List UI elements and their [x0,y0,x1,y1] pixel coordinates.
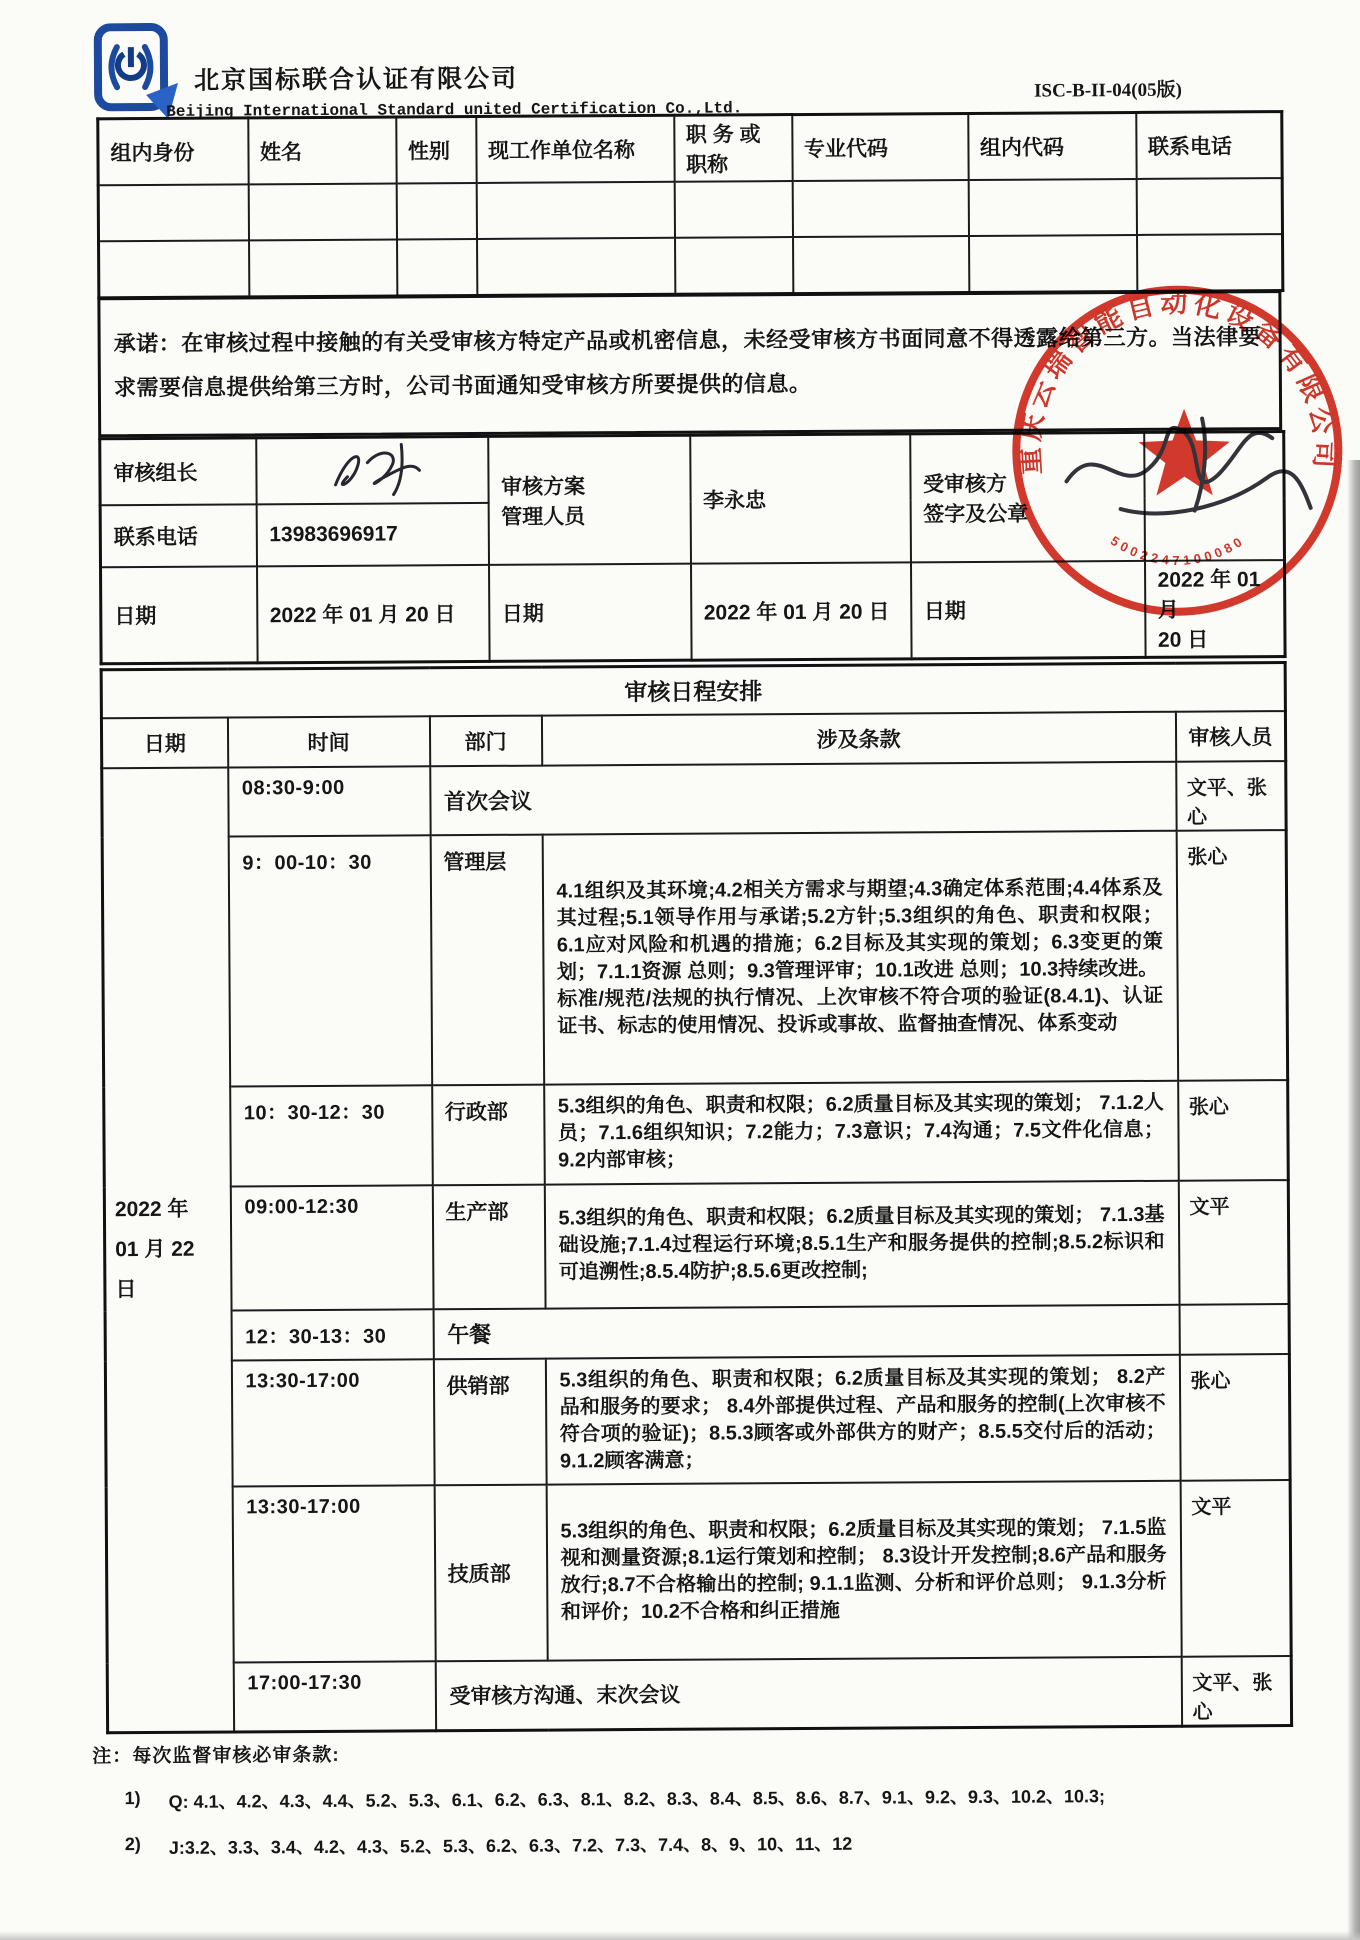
schedule-row: 13:30-17:00 供销部 5.3组织的角色、职责和权限；6.2质量目标及其… [105,1354,1290,1487]
empty-cell [968,179,1136,236]
note-text: Q: 4.1、4.2、4.3、4.4、5.2、5.3、6.1、6.2、6.3、8… [168,1782,1105,1814]
time-cell: 12：30-13：30 [231,1309,433,1360]
seal-serial-text: 5002247100080 [1108,532,1248,568]
note-text: J:3.2、3.3、3.4、4.2、4.3、5.2、5.3、6.2、6.3、7.… [169,1830,853,1860]
empty-cell [675,237,793,294]
header-cell: 组内代码 [968,112,1136,180]
date-value: 2022 年 01 月 20 日 [257,565,490,663]
dept-cell: 技质部 [434,1484,547,1661]
clauses-cell: 5.3组织的角色、职责和权限；6.2质量目标及其实现的策划； 7.1.3基础设施… [544,1180,1179,1308]
note-number: 1) [124,1788,168,1814]
schedule-row: 12：30-13：30 午餐 [105,1304,1289,1361]
header-cell: 时间 [227,716,429,767]
empty-cell [477,238,675,295]
company-seal: 重庆云瑞智能自动化设备有限公司 5002247100080 [1001,268,1355,634]
dept-cell: 首次会议 [430,761,1176,835]
schedule-row: 2022 年 01 月 22 日 08:30-9:00 首次会议 文平、张心 [102,761,1286,837]
clauses-text: 标准/规范/法规的执行情况、上次审核不符合项的验证(8.4.1)、认证证书、标志… [557,982,1163,1040]
manager-name: 李永忠 [690,434,911,564]
clauses-cell: 5.3组织的角色、职责和权限；6.2质量目标及其实现的策划； 7.1.2人员；7… [544,1080,1179,1184]
auditors-cell: 文平、张心 [1181,1656,1291,1726]
schedule-title: 审核日程安排 [101,663,1285,718]
schedule-row: 9：00-10：30 管理层 4.1组织及其环境;4.2相关方需求与期望;4.3… [102,830,1288,1087]
time-cell: 17:00-17:30 [233,1661,435,1732]
notes-prefix: 注： [92,1746,132,1767]
scan-edge-artifact [1347,460,1360,1940]
clauses-cell: 5.3组织的角色、职责和权限；6.2质量目标及其实现的策划； 7.1.5监视和测… [546,1480,1181,1660]
leader-label: 审核组长 [100,438,256,505]
leader-signature-cell [256,436,488,504]
phone-value: 13983696917 [256,503,488,566]
auditors-cell: 张心 [1178,1080,1289,1181]
note-number: 2) [125,1834,169,1860]
header-cell: 专业代码 [792,113,968,181]
header-cell: 审核人员 [1175,711,1285,762]
auditors-cell: 张心 [1176,830,1288,1081]
clauses-cell: 4.1组织及其环境;4.2相关方需求与期望;4.3确定体系范围;4.4体系及其过… [542,830,1178,1084]
header-cell: 职 务 或 职称 [674,115,792,182]
handwritten-signature-icon [297,438,447,497]
phone-label: 联系电话 [100,504,256,567]
time-cell: 08:30-9:00 [228,766,430,836]
schedule-date-cell: 2022 年 01 月 22 日 [102,767,234,1732]
auditors-cell [1179,1304,1289,1355]
schedule-row: 17:00-17:30 受审核方沟通、末次会议 文平、张心 [107,1656,1291,1733]
date-label: 日期 [101,566,258,663]
company-name-cn: 北京国标联合认证有限公司 [194,59,518,97]
empty-cell [792,180,968,237]
header-cell: 组内身份 [98,118,248,185]
scanned-audit-plan-document: 北京国标联合认证有限公司 Beijing International Stand… [0,0,1360,1940]
clauses-text: 4.1组织及其环境;4.2相关方需求与期望;4.3确定体系范围;4.4体系及其过… [556,874,1163,986]
dept-cell: 管理层 [430,834,544,1085]
empty-cell [397,239,477,295]
auditors-cell: 文平 [1178,1180,1289,1305]
header-cell: 涉及条款 [541,711,1175,765]
seal-star-icon [1138,408,1230,495]
note-item: 1) Q: 4.1、4.2、4.3、4.4、5.2、5.3、6.1、6.2、6.… [92,1781,1322,1815]
members-header-row: 组内身份 姓名 性别 现工作单位名称 职 务 或 职称 专业代码 组内代码 联系… [98,112,1282,186]
empty-cell [674,181,792,238]
dept-cell: 受审核方沟通、末次会议 [435,1656,1181,1730]
empty-cell [396,183,476,239]
header-cell: 部门 [429,715,541,766]
auditors-cell: 文平、张心 [1176,761,1286,831]
schedule-row: 13:30-17:00 技质部 5.3组织的角色、职责和权限；6.2质量目标及其… [106,1480,1291,1663]
time-cell: 10：30-12：30 [230,1085,433,1186]
empty-cell [248,183,396,240]
time-cell: 13:30-17:00 [232,1485,435,1662]
empty-cell [1136,178,1282,235]
empty-cell [793,236,969,293]
note-item: 2) J:3.2、3.3、3.4、4.2、4.3、5.2、5.3、6.2、6.3… [93,1827,1323,1861]
dept-cell: 供销部 [433,1358,546,1485]
empty-cell [98,184,248,241]
time-cell: 13:30-17:00 [231,1359,434,1486]
time-cell: 9：00-10：30 [228,835,432,1086]
dept-cell: 行政部 [432,1084,545,1185]
empty-cell [99,240,249,297]
manager-label: 审核方案 管理人员 [488,435,691,565]
dept-cell: 午餐 [433,1304,1179,1359]
notes-title: 每次监督审核必审条款: [132,1745,339,1767]
header-cell: 性别 [396,116,476,183]
auditors-cell: 文平 [1180,1480,1291,1657]
header-cell: 联系电话 [1136,112,1282,179]
clauses-cell: 5.3组织的角色、职责和权限；6.2质量目标及其实现的策划； 8.2产品和服务的… [545,1354,1180,1484]
empty-cell [249,239,397,296]
header-cell: 现工作单位名称 [476,115,674,183]
notes-section: 注：每次监督审核必审条款: 1) Q: 4.1、4.2、4.3、4.4、5.2、… [92,1734,1323,1861]
empty-member-row [98,178,1282,241]
auditors-cell: 张心 [1179,1354,1290,1481]
date-label: 日期 [489,564,692,662]
time-cell: 09:00-12:30 [230,1185,433,1310]
audit-schedule-table: 审核日程安排 日期 时间 部门 涉及条款 审核人员 2022 年 01 月 22… [100,661,1294,1734]
scan-edge-artifact [0,1931,1360,1940]
schedule-row: 10：30-12：30 行政部 5.3组织的角色、职责和权限；6.2质量目标及其… [104,1080,1289,1187]
empty-cell [476,182,674,239]
dept-cell: 生产部 [432,1184,545,1309]
date-value: 2022 年 01 月 20 日 [691,562,912,660]
schedule-row: 09:00-12:30 生产部 5.3组织的角色、职责和权限；6.2质量目标及其… [104,1180,1289,1311]
header-cell: 姓名 [248,117,396,184]
schedule-header-row: 日期 时间 部门 涉及条款 审核人员 [101,711,1285,768]
document-code: ISC-B-II-04(05版) [1034,75,1182,103]
header-cell: 日期 [101,717,227,768]
